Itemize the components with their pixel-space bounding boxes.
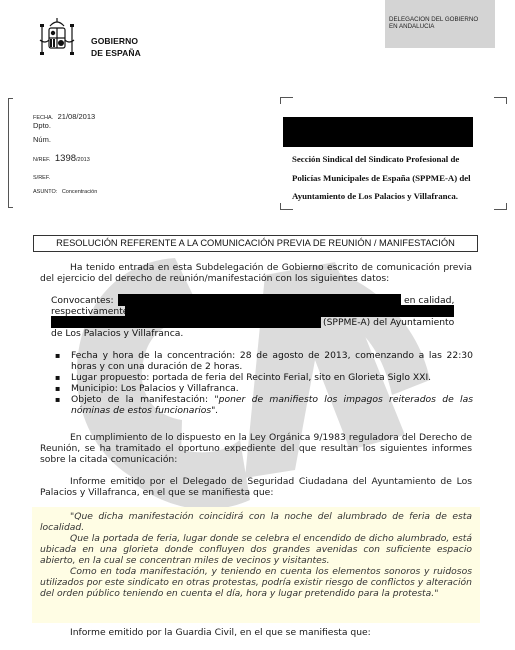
num-label: Núm. bbox=[33, 135, 51, 144]
nref-year: /2013 bbox=[76, 157, 90, 163]
security-report-quote: "Que dicha manifestación coincidirá con … bbox=[40, 511, 472, 599]
recipient-address: Sección Sindical del Sindicato Profesion… bbox=[292, 150, 497, 206]
detail-item-purpose: Objeto de la manifestación: "poner de ma… bbox=[55, 394, 473, 416]
recipient-corner-tl bbox=[280, 97, 293, 104]
resolution-title: RESOLUCIÓN REFERENTE A LA COMUNICACIÓN P… bbox=[33, 235, 478, 252]
convocantes-after-redaction-3: (SPPME-A) del Ayuntamiento bbox=[323, 317, 454, 328]
detail-item-date: Fecha y hora de la concentración: 28 de … bbox=[55, 350, 473, 372]
quote-paragraph-3: Como en toda manifestación, y teniendo e… bbox=[40, 566, 472, 599]
quote-paragraph-1: "Que dicha manifestación coincidirá con … bbox=[40, 511, 472, 533]
delegation-line1: DELEGACION DEL GOBIERNO bbox=[389, 16, 478, 23]
convocantes-line4: de Los Palacios y Villafranca. bbox=[51, 328, 183, 339]
report-security-intro: Informe emitido por el Delegado de Segur… bbox=[40, 476, 472, 498]
detail-item-municipality: Municipio: Los Palacios y Villafranca. bbox=[55, 383, 473, 394]
fecha-value: 21/08/2013 bbox=[58, 112, 96, 121]
asunto-value: Concentración bbox=[62, 189, 97, 195]
detail-item-place: Lugar propuesto: portada de feria del Re… bbox=[55, 372, 473, 383]
nref-number: 1398 bbox=[55, 153, 76, 164]
delegation-line2: EN ANDALUCIA bbox=[389, 23, 478, 30]
gov-name-line1: GOBIERNO bbox=[91, 35, 141, 47]
asunto-label: ASUNTO: bbox=[33, 189, 57, 195]
gov-name-line2: DE ESPAÑA bbox=[91, 47, 141, 59]
concentration-details: Fecha y hora de la concentración: 28 de … bbox=[55, 350, 473, 416]
government-name: GOBIERNO DE ESPAÑA bbox=[91, 35, 141, 59]
recipient-line1: Sección Sindical del Sindicato Profesion… bbox=[292, 150, 497, 169]
convocantes-redaction-3 bbox=[51, 316, 321, 328]
nref-label: N/REF. bbox=[33, 157, 50, 163]
reference-bracket-bottom bbox=[8, 207, 13, 208]
reference-block: FECHA. 21/08/2013 Dpto. Núm. N/REF. 1398… bbox=[33, 106, 97, 198]
recipient-corner-tr bbox=[494, 97, 507, 104]
convocantes-label: Convocantes: bbox=[51, 295, 114, 306]
legal-paragraph: En cumplimiento de lo dispuesto en la Le… bbox=[40, 432, 472, 465]
delegation-header-box: DELEGACION DEL GOBIERNO EN ANDALUCIA bbox=[385, 0, 495, 48]
intro-paragraph: Ha tenido entrada en esta Subdelegación … bbox=[40, 262, 472, 284]
report-guardia-civil-intro: Informe emitido por la Guardia Civil, en… bbox=[40, 627, 472, 638]
recipient-line3: Ayuntamiento de Los Palacios y Villafran… bbox=[292, 187, 497, 206]
coat-of-arms-icon bbox=[37, 16, 77, 58]
reference-bracket bbox=[8, 98, 14, 208]
recipient-line2: Policías Municipales de España (SPPME-A)… bbox=[292, 169, 497, 188]
recipient-name-redaction bbox=[283, 117, 473, 147]
quote-paragraph-2: Que la portada de feria, lugar donde se … bbox=[40, 533, 472, 566]
